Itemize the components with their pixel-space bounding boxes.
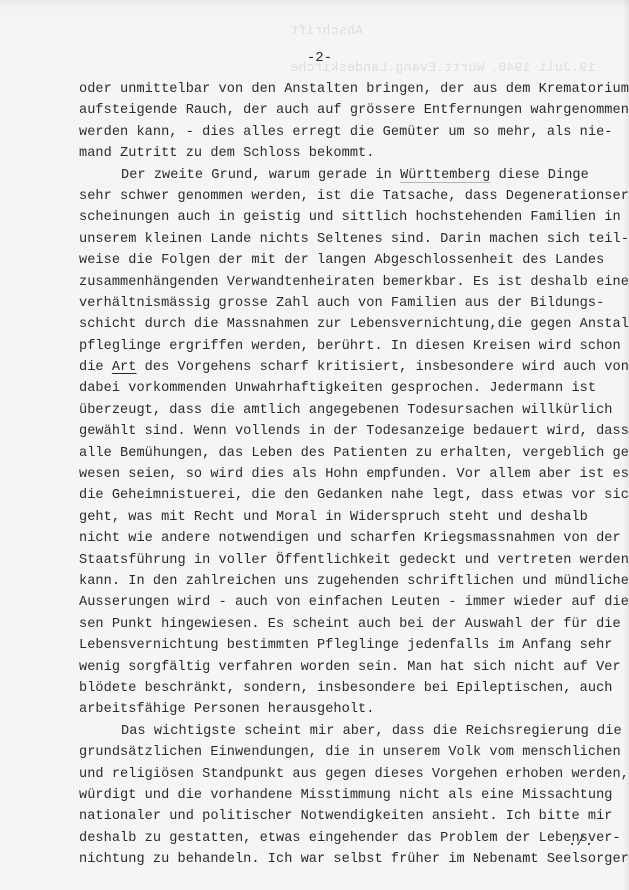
text-segment: Der zweite Grund, warum gerade in xyxy=(121,168,400,183)
text-line: Ausserungen wird - auch von einfachen Le… xyxy=(79,592,629,613)
text-line: überzeugt, dass die amtlich angegebenen … xyxy=(79,400,629,421)
text-line: sen Punkt hingewiesen. Es scheint auch b… xyxy=(79,614,629,635)
text-line: wenig sorgfältig verfahren worden sein. … xyxy=(79,657,629,678)
text-line: Lebensvernichtung bestimmten Pfleglinge … xyxy=(79,635,629,656)
text-line: schicht durch die Massnahmen zur Lebensv… xyxy=(79,314,629,335)
document-page: Abschrift Württ.Evang.Landeskirche 19.Ju… xyxy=(0,0,629,890)
text-line: unserem kleinen Lande nichts Seltenes si… xyxy=(79,229,629,250)
text-line: aufsteigende Rauch, der auch auf grösser… xyxy=(79,100,629,121)
text-line: verhältnismässig grosse Zahl auch von Fa… xyxy=(79,293,629,314)
document-body: oder unmittelbar von den Anstalten bring… xyxy=(79,79,629,870)
text-line: sehr schwer genommen werden, ist die Tat… xyxy=(79,186,629,207)
text-line: mand Zutritt zu dem Schloss bekommt. xyxy=(79,143,629,164)
text-line: nichtung zu behandeln. Ich war selbst fr… xyxy=(79,849,629,870)
text-line: scheinungen auch in geistig und sittlich… xyxy=(79,207,629,228)
text-line: die Art des Vorgehens scharf kritisiert,… xyxy=(79,357,629,378)
text-line: dabei vorkommenden Unwahrhaftigkeiten ge… xyxy=(79,378,629,399)
text-line: Staatsführung in voller Öffentlichkeit g… xyxy=(79,550,629,571)
bleed-through-text: Abschrift xyxy=(290,23,363,38)
text-line: Das wichtigste scheint mir aber, dass di… xyxy=(79,721,629,742)
text-line: arbeitsfähige Personen herausgeholt. xyxy=(79,699,629,720)
continuation-mark: ./. xyxy=(568,834,593,850)
text-line: Der zweite Grund, warum gerade in Württe… xyxy=(79,165,629,186)
page-number: -2- xyxy=(0,50,629,66)
text-line: werden kann, - dies alles erregt die Gem… xyxy=(79,122,629,143)
text-line: und religiösen Standpunkt aus gegen dies… xyxy=(79,764,629,785)
text-line: die Geheimnistuerei, die den Gedanken na… xyxy=(79,485,629,506)
text-line: würdigt und die vorhandene Misstimmung n… xyxy=(79,785,629,806)
underlined-word: Württemberg xyxy=(400,168,490,183)
text-line: nationaler und politischer Notwendigkeit… xyxy=(79,806,629,827)
text-segment: des Vorgehens scharf kritisiert, insbeso… xyxy=(136,360,628,375)
text-line: wesen seien, so wird dies als Hohn empfu… xyxy=(79,464,629,485)
text-line: deshalb zu gestatten, etwas eingehender … xyxy=(79,828,629,849)
text-line: weise die Folgen der mit der langen Abge… xyxy=(79,250,629,271)
text-line: nicht wie andere notwendigen und scharfe… xyxy=(79,528,629,549)
underlined-word: Art xyxy=(112,360,137,375)
text-line: gewählt sind. Wenn vollends in der Todes… xyxy=(79,421,629,442)
text-line: grundsätzlichen Einwendungen, die in uns… xyxy=(79,742,629,763)
text-line: alle Bemühungen, das Leben des Patienten… xyxy=(79,443,629,464)
text-line: kann. In den zahlreichen uns zugehenden … xyxy=(79,571,629,592)
text-line: zusammenhängenden Verwandtenheiraten bem… xyxy=(79,272,629,293)
text-line: geht, was mit Recht und Moral in Widersp… xyxy=(79,507,629,528)
text-line: pfleglinge ergriffen werden, berührt. In… xyxy=(79,336,629,357)
text-segment: diese Dinge xyxy=(490,168,589,183)
text-line: oder unmittelbar von den Anstalten bring… xyxy=(79,79,629,100)
text-segment: die xyxy=(79,360,112,375)
text-line: blödete beschränkt, sondern, insbesonder… xyxy=(79,678,629,699)
